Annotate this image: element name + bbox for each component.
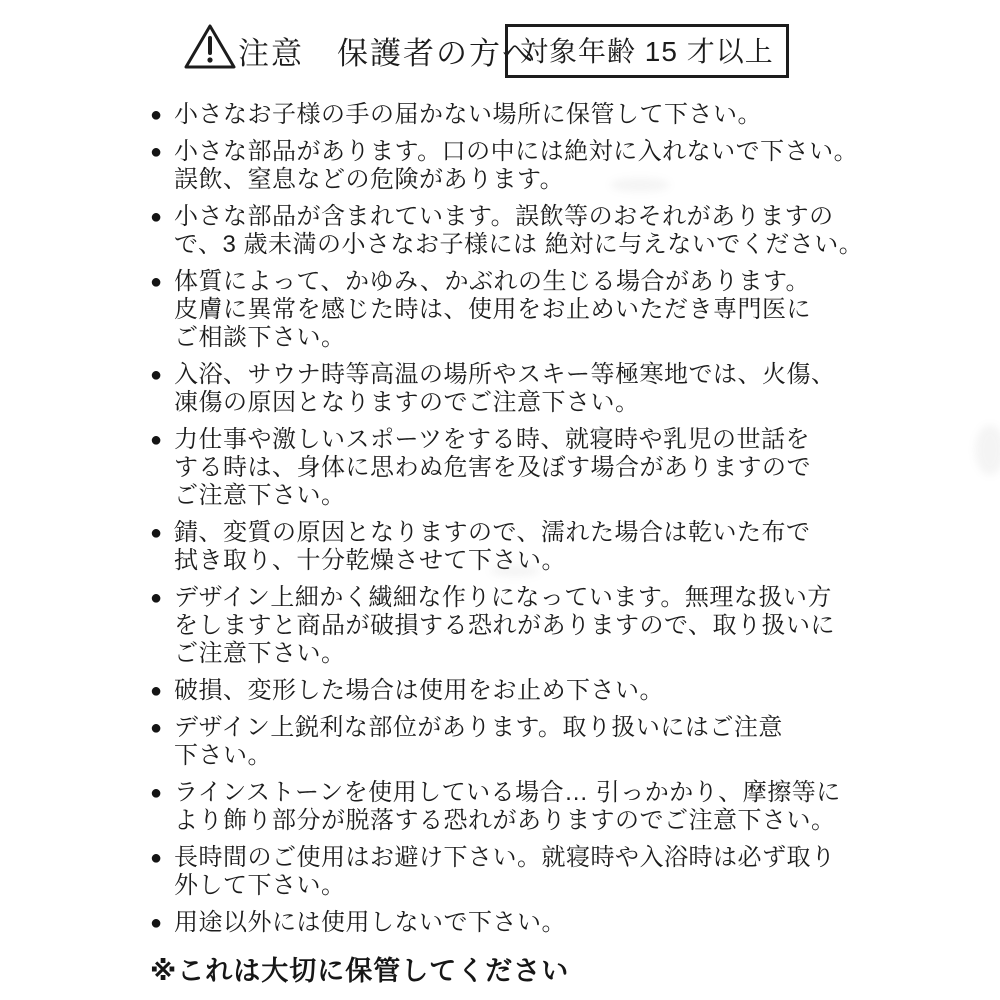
warning-item: ● 入浴、サウナ時等高温の場所やスキー等極寒地では、火傷、 凍傷の原因となります… [150,361,870,417]
warning-text: ラインストーンを使用している場合… 引っかかり、摩擦等に より飾り部分が脱落する… [174,779,841,835]
scan-smudge [490,565,540,577]
warning-text: 錆、変質の原因となりますので、濡れた場合は乾いた布で 拭き取り、十分乾燥させて下… [174,519,811,575]
warning-item: ● 小さな部品があります。口の中には絶対に入れないで下さい。 誤飲、窒息などの危… [150,138,870,194]
warning-text: デザイン上鋭利な部位があります。取り扱いにはご注意 下さい。 [174,714,783,770]
warning-item: ● 小さな部品が含まれています。誤飲等のおそれがありますの で、3 歳未満の小さ… [150,203,870,259]
warning-item: ● 体質によって、かゆみ、かぶれの生じる場合があります。 皮膚に異常を感じた時は… [150,268,870,352]
header: 注意 保護者の方へ 対象年齢 15 才以上 [0,0,1000,90]
warning-item: ● デザイン上細かく繊細な作りになっています。無理な扱い方 をしますと商品が破損… [150,584,870,668]
warning-text: 小さな部品があります。口の中には絶対に入れないで下さい。 誤飲、窒息などの危険が… [174,138,858,194]
bullet-icon: ● [150,268,174,296]
bullet-icon: ● [150,138,174,166]
bullet-icon: ● [150,677,174,705]
warning-text: 体質によって、かゆみ、かぶれの生じる場合があります。 皮膚に異常を感じた時は、使… [174,268,811,352]
bullet-icon: ● [150,909,174,937]
warning-item: ● 小さなお子様の手の届かない場所に保管して下さい。 [150,101,870,129]
warnings-list: ● 小さなお子様の手の届かない場所に保管して下さい。 ● 小さな部品があります。… [150,101,870,946]
bullet-icon: ● [150,844,174,872]
bullet-icon: ● [150,714,174,742]
warning-text: 用途以外には使用しないで下さい。 [174,909,566,937]
keep-this-note: ※これは大切に保管してください [150,949,569,988]
scan-smudge [610,178,670,192]
warning-text: 長時間のご使用はお避け下さい。就寝時や入浴時は必ず取り 外して下さい。 [174,844,836,900]
warning-text: 力仕事や激しいスポーツをする時、就寝時や乳児の世話を する時は、身体に思わぬ危害… [174,426,811,510]
warning-item: ● 用途以外には使用しないで下さい。 [150,909,870,937]
bullet-icon: ● [150,426,174,454]
warning-text: 入浴、サウナ時等高温の場所やスキー等極寒地では、火傷、 凍傷の原因となりますので… [174,361,836,417]
bullet-icon: ● [150,101,174,129]
target-age-box: 対象年齢 15 才以上 [505,24,789,78]
bullet-icon: ● [150,361,174,389]
warning-text: 小さな部品が含まれています。誤飲等のおそれがありますの で、3 歳未満の小さなお… [174,203,863,259]
warning-text: 破損、変形した場合は使用をお止め下さい。 [174,677,664,705]
page-title: 注意 保護者の方へ [238,28,535,73]
bullet-icon: ● [150,519,174,547]
warning-item: ● ラインストーンを使用している場合… 引っかかり、摩擦等に より飾り部分が脱落… [150,779,870,835]
warning-text: 小さなお子様の手の届かない場所に保管して下さい。 [174,101,762,129]
bullet-icon: ● [150,584,174,612]
warning-sheet: 注意 保護者の方へ 対象年齢 15 才以上 ● 小さなお子様の手の届かない場所に… [0,0,1000,1000]
warning-text: デザイン上細かく繊細な作りになっています。無理な扱い方 をしますと商品が破損する… [174,584,835,668]
warning-triangle-exclamation-icon [182,22,238,72]
warning-item: ● デザイン上鋭利な部位があります。取り扱いにはご注意 下さい。 [150,714,870,770]
bullet-icon: ● [150,203,174,231]
scan-smudge [975,425,1000,475]
bullet-icon: ● [150,779,174,807]
warning-item: ● 破損、変形した場合は使用をお止め下さい。 [150,677,870,705]
warning-item: ● 力仕事や激しいスポーツをする時、就寝時や乳児の世話を する時は、身体に思わぬ… [150,426,870,510]
warning-item: ● 長時間のご使用はお避け下さい。就寝時や入浴時は必ず取り 外して下さい。 [150,844,870,900]
